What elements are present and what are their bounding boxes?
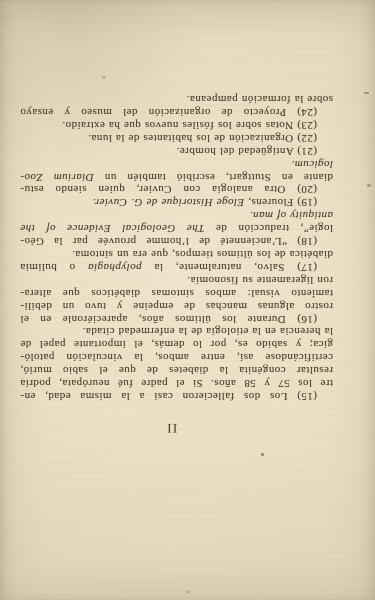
italic-text-segment: The Geological Evidence of the <box>20 222 204 234</box>
text-line: logie”, traducción de The Geological Evi… <box>20 221 333 234</box>
text-line: antiquity of man. <box>20 208 333 221</box>
text-segment: (23) Notas sobre los fósiles nuevos que … <box>62 119 317 131</box>
text-segment: la herencia en la etiología de la enferm… <box>82 325 333 337</box>
text-segment: logie”, traducción de <box>204 222 333 234</box>
note-paragraph: (23) Notas sobre los fósiles nuevos que … <box>20 118 333 131</box>
text-segment: (20) Otra analogía con Cuvier, quien sie… <box>20 184 317 196</box>
italic-text-segment: antiquity of man. <box>249 209 333 221</box>
text-line: (20) Otra analogía con Cuvier, quien sie… <box>20 183 333 196</box>
text-block: (15) Los dos fallecieron casi a la misma… <box>20 92 333 402</box>
text-line: (15) Los dos fallecieron casi a la misma… <box>20 389 333 402</box>
rotated-page-content: II (15) Los dos fallecieron casi a la mi… <box>0 0 375 600</box>
text-line: (24) Proyecto de organización del museo … <box>20 105 333 118</box>
text-segment: (15) Los dos fallecieron casi a la misma… <box>20 390 317 402</box>
page-number: II <box>20 420 333 435</box>
text-line: resultar congénita la diabetes de que el… <box>20 363 333 376</box>
text-line: (22) Organización de los habitantes de l… <box>20 131 333 144</box>
note-paragraph: (15) Los dos fallecieron casi a la misma… <box>20 325 333 402</box>
text-line: (19) Flourens, Eloge Historique de G. Cu… <box>20 196 333 209</box>
italic-text-segment: polyphagia <box>88 261 142 273</box>
text-line: sobre la formación pampeana. <box>20 92 333 105</box>
text-line: (16) Durante los últimos años, apareciér… <box>20 312 333 325</box>
text-line: tre los 57 y 58 años. Si el padre fué ne… <box>20 376 333 389</box>
text-segment: tre los 57 y 58 años. Si el padre fué ne… <box>20 377 333 389</box>
text-line: ron ligeramente su fisonomía. <box>20 273 333 286</box>
text-segment: (21) Antigüedad del hombre. <box>176 145 317 157</box>
note-paragraph: (22) Organización de los habitantes de l… <box>20 131 333 144</box>
italic-text-segment: Diarium Zoo- <box>20 171 94 183</box>
text-line: (17) Salvo, naturalmente, la polyphagia … <box>20 260 333 273</box>
text-line: la herencia en la etiología de la enferm… <box>20 325 333 338</box>
note-paragraph: (17) Salvo, naturalmente, la polyphagia … <box>20 247 333 273</box>
text-segment: (24) Proyecto de organización del museo … <box>20 106 317 118</box>
text-line: diabética de los últimos tiempos, que er… <box>20 247 333 260</box>
text-segment: diabética de los últimos tiempos, que er… <box>72 248 333 260</box>
text-segment: (18) “L’ancienneté de l’homme prouvée pa… <box>20 235 317 247</box>
text-segment: gica; y sabido es, por lo demás, el impo… <box>20 338 333 350</box>
italic-text-segment: Eloge Historique de G. Cuvier. <box>92 196 244 208</box>
text-segment: (16) Durante los últimos años, apareciér… <box>20 313 317 325</box>
note-paragraph: (24) Proyecto de organización del museo … <box>20 92 333 118</box>
text-line: rostro algunas manchas de empeine y tuvo… <box>20 299 333 312</box>
note-paragraph: (20) Otra analogía con Cuvier, quien sie… <box>20 157 333 196</box>
text-line: tamiento visual: ambos síntomas diabétic… <box>20 286 333 299</box>
note-paragraph: (16) Durante los últimos años, apareciér… <box>20 273 333 325</box>
italic-text-segment: logicum. <box>291 158 333 170</box>
text-segment: tamiento visual: ambos síntomas diabétic… <box>20 287 333 299</box>
text-segment: (22) Organización de los habitantes de l… <box>88 132 317 144</box>
note-paragraph: (21) Antigüedad del hombre. <box>20 144 333 157</box>
text-segment: rostro algunas manchas de empeine y tuvo… <box>20 300 333 312</box>
text-segment: sobre la formación pampeana. <box>186 93 333 105</box>
text-segment: (19) Flourens, <box>244 196 317 208</box>
text-segment: resultar congénita la diabetes de que el… <box>20 364 333 376</box>
text-segment: o bulimia <box>20 261 88 273</box>
text-segment: diante en Stuttgart, escribió también un <box>94 171 333 183</box>
text-line: (18) “L’ancienneté de l’homme prouvée pa… <box>20 234 333 247</box>
text-segment: certificándose así, entre ambos, la vinc… <box>20 351 333 363</box>
note-paragraph: (18) “L’ancienneté de l’homme prouvée pa… <box>20 208 333 247</box>
text-segment: (17) Salvo, naturalmente, la <box>142 261 317 273</box>
text-line: (21) Antigüedad del hombre. <box>20 144 333 157</box>
text-line: logicum. <box>20 157 333 170</box>
text-line: gica; y sabido es, por lo demás, el impo… <box>20 337 333 350</box>
text-line: certificándose así, entre ambos, la vinc… <box>20 350 333 363</box>
note-paragraph: (19) Flourens, Eloge Historique de G. Cu… <box>20 196 333 209</box>
scanned-page: II (15) Los dos fallecieron casi a la mi… <box>0 0 375 600</box>
text-line: diante en Stuttgart, escribió también un… <box>20 170 333 183</box>
text-line: (23) Notas sobre los fósiles nuevos que … <box>20 118 333 131</box>
text-segment: ron ligeramente su fisonomía. <box>187 274 333 286</box>
